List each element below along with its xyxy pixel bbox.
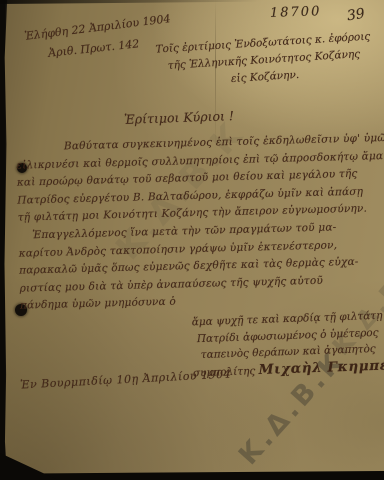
scan-edge-bottom [0,471,384,480]
place-date-line: Ἐν Βουρμπιδίῳ 10ῃ Ἀπριλίου 1904 [20,367,232,391]
letter-body: Βαθύτατα συγκεκινημένος ἐπὶ τοῖς ἐκδηλωθ… [16,130,374,315]
salutation: Ἐρίτιμοι Κύριοι ! [104,107,254,127]
page-number: 39 [346,6,366,25]
scan-edge-left [0,0,9,480]
letter-scan-page: Κ.Δ.Β.Κ Κ.Δ.Β.Κ Κ.Δ.Β.Κ 18700 39 Ἐλήφθη … [0,0,384,480]
received-date-line: Ἐλήφθη 22 Ἀπριλίου 1904 [24,12,171,43]
recipient-address: Τοῖς ἐριτίμοις Ἐνδοξωτάτοις κ. ἐφόροις τ… [145,28,384,93]
scan-edge-top [0,0,260,4]
corner-fold [0,453,58,480]
inventory-number: 18700 [270,4,322,21]
protocol-number-line: Ἀριθ. Πρωτ. 142 [48,37,140,59]
